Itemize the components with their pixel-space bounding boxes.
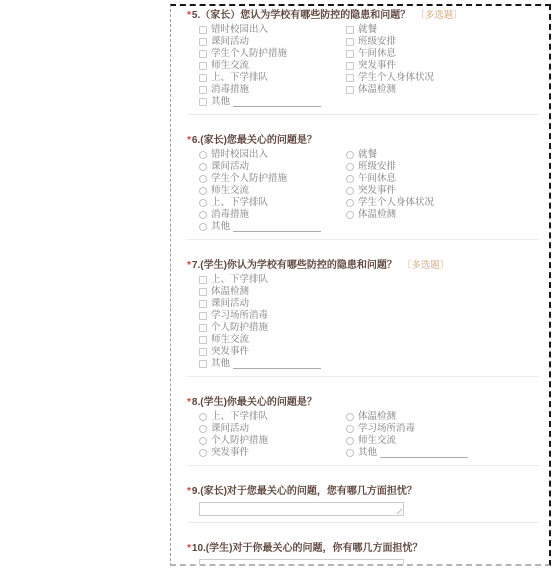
option-row[interactable]: 午间休息 [346, 173, 543, 185]
checkbox-icon[interactable] [199, 26, 207, 34]
option-label: 突发事件 [211, 346, 249, 358]
option-label: 体温检测 [358, 411, 396, 423]
answer-textarea[interactable] [199, 502, 404, 516]
radio-icon[interactable] [346, 163, 354, 171]
option-row[interactable]: 上、下学排队 [199, 197, 346, 209]
other-option-row[interactable]: 其他 [199, 221, 346, 233]
question-title: *10.(学生)对于你最关心的问题，你有哪几方面担忧？ [187, 543, 543, 555]
option-row[interactable]: 学生个人身体状况 [346, 197, 543, 209]
radio-icon[interactable] [346, 449, 354, 457]
other-input-line[interactable] [380, 448, 468, 458]
radio-icon[interactable] [346, 413, 354, 421]
option-row[interactable]: 个人防护措施 [199, 322, 543, 334]
option-label: 师生交流 [211, 334, 249, 346]
radio-icon[interactable] [199, 199, 207, 207]
checkbox-icon[interactable] [199, 74, 207, 82]
option-label: 师生交流 [211, 185, 249, 197]
other-input-line[interactable] [233, 359, 321, 369]
option-label: 上、下学排队 [211, 72, 268, 84]
question-title-text: 5.（家长）您认为学校有哪些防控的隐患和问题？ [192, 10, 410, 21]
option-row[interactable]: 师生交流 [199, 334, 543, 346]
option-label: 体温检测 [211, 286, 249, 298]
option-row[interactable]: 学生个人防护措施 [199, 48, 346, 60]
option-row[interactable]: 错时校园出入 [199, 24, 346, 36]
option-row[interactable]: 就餐 [346, 24, 543, 36]
option-label: 学生个人身体状况 [358, 72, 434, 84]
option-row[interactable]: 上、下学排队 [199, 274, 543, 286]
radio-icon[interactable] [346, 199, 354, 207]
option-row[interactable]: 体温检测 [346, 84, 543, 96]
checkbox-icon[interactable] [199, 324, 207, 332]
required-asterisk: * [187, 260, 191, 271]
option-label: 其他 [211, 96, 230, 108]
option-label: 错时校园出入 [211, 24, 268, 36]
radio-icon[interactable] [199, 425, 207, 433]
option-row[interactable]: 体温检测 [346, 209, 543, 221]
radio-icon[interactable] [199, 151, 207, 159]
checkbox-icon[interactable] [199, 360, 207, 368]
question-title: *5.（家长）您认为学校有哪些防控的隐患和问题？〔多选题〕 [187, 10, 543, 22]
checkbox-icon[interactable] [199, 300, 207, 308]
radio-icon[interactable] [346, 211, 354, 219]
option-label: 学生个人防护措施 [211, 48, 287, 60]
option-grid: 上、下学排队体温检测课间活动学习场所消毒个人防护措施师生交流突发事件其他 [199, 411, 543, 459]
survey-dashed-region: *5.（家长）您认为学校有哪些防控的隐患和问题？〔多选题〕错时校园出入就餐课间活… [170, 4, 551, 566]
question-separator [187, 239, 539, 240]
option-label: 就餐 [358, 24, 377, 36]
option-label: 就餐 [358, 149, 377, 161]
option-row[interactable]: 师生交流 [199, 185, 346, 197]
option-label: 班级安排 [358, 161, 396, 173]
option-label: 体温检测 [358, 84, 396, 96]
question-block: *9.(家长)对于您最关心的问题，您有哪几方面担忧？ [187, 486, 543, 523]
option-label: 课间活动 [211, 423, 249, 435]
question-separator [187, 465, 539, 466]
option-label: 其他 [211, 221, 230, 233]
radio-icon[interactable] [346, 187, 354, 195]
option-row[interactable]: 突发事件 [346, 185, 543, 197]
checkbox-icon[interactable] [346, 74, 354, 82]
option-row[interactable]: 消毒措施 [199, 209, 346, 221]
option-label: 突发事件 [358, 60, 396, 72]
option-row[interactable]: 师生交流 [346, 435, 543, 447]
option-label: 课间活动 [211, 298, 249, 310]
option-row[interactable]: 上、下学排队 [199, 411, 346, 423]
option-row[interactable]: 班级安排 [346, 161, 543, 173]
option-label: 课间活动 [211, 36, 249, 48]
option-label: 消毒措施 [211, 209, 249, 221]
checkbox-icon[interactable] [346, 86, 354, 94]
multi-select-tag: 〔多选题〕 [415, 10, 463, 21]
option-row[interactable]: 消毒措施 [199, 84, 346, 96]
option-cell-empty [346, 221, 543, 233]
required-asterisk: * [187, 135, 191, 146]
option-label: 午间休息 [358, 173, 396, 185]
checkbox-icon[interactable] [346, 62, 354, 70]
question-title-text: 8.(学生)你最关心的问题是？ [192, 397, 317, 408]
option-grid: 错时校园出入就餐课间活动班级安排学生个人防护措施午间休息师生交流突发事件上、下学… [199, 149, 543, 233]
other-input-line[interactable] [233, 222, 321, 232]
option-grid: 上、下学排队体温检测课间活动学习场所消毒个人防护措施师生交流突发事件其他 [199, 274, 543, 370]
option-label: 学习场所消毒 [211, 310, 268, 322]
option-row[interactable]: 课间活动 [199, 298, 543, 310]
question-title-text: 6.(家长)您最关心的问题是？ [192, 135, 317, 146]
question-list: *5.（家长）您认为学校有哪些防控的隐患和问题？〔多选题〕错时校园出入就餐课间活… [187, 10, 543, 566]
option-row[interactable]: 个人防护措施 [199, 435, 346, 447]
checkbox-icon[interactable] [199, 62, 207, 70]
checkbox-icon[interactable] [199, 276, 207, 284]
radio-icon[interactable] [346, 151, 354, 159]
radio-icon[interactable] [199, 211, 207, 219]
option-label: 学习场所消毒 [358, 423, 415, 435]
checkbox-icon[interactable] [346, 26, 354, 34]
option-row[interactable]: 就餐 [346, 149, 543, 161]
question-separator [187, 376, 539, 377]
option-label: 师生交流 [211, 60, 249, 72]
radio-icon[interactable] [199, 413, 207, 421]
other-option-row[interactable]: 其他 [346, 447, 543, 459]
checkbox-icon[interactable] [199, 86, 207, 94]
radio-icon[interactable] [346, 437, 354, 445]
option-row[interactable]: 突发事件 [199, 346, 543, 358]
question-block: *10.(学生)对于你最关心的问题，你有哪几方面担忧？ [187, 543, 543, 566]
required-asterisk: * [187, 543, 191, 554]
other-option-row[interactable]: 其他 [199, 358, 543, 370]
option-label: 个人防护措施 [211, 322, 268, 334]
option-row[interactable]: 学习场所消毒 [346, 423, 543, 435]
option-row[interactable]: 学生个人防护措施 [199, 173, 346, 185]
resize-handle-icon[interactable] [395, 564, 402, 566]
option-label: 其他 [358, 447, 377, 459]
answer-textarea[interactable] [199, 559, 404, 566]
checkbox-icon[interactable] [199, 348, 207, 356]
option-row[interactable]: 学生个人身体状况 [346, 72, 543, 84]
radio-icon[interactable] [199, 187, 207, 195]
other-input-line[interactable] [233, 97, 321, 107]
option-label: 学生个人身体状况 [358, 197, 434, 209]
option-row[interactable]: 突发事件 [199, 447, 346, 459]
option-cell-empty [346, 96, 543, 108]
option-label: 班级安排 [358, 36, 396, 48]
option-label: 午间休息 [358, 48, 396, 60]
option-label: 上、下学排队 [211, 197, 268, 209]
radio-icon[interactable] [199, 437, 207, 445]
question-block: *7.(学生)你认为学校有哪些防控的隐患和问题？〔多选题〕上、下学排队体温检测课… [187, 260, 543, 377]
required-asterisk: * [187, 486, 191, 497]
option-row[interactable]: 错时校园出入 [199, 149, 346, 161]
question-title: *9.(家长)对于您最关心的问题，您有哪几方面担忧？ [187, 486, 543, 498]
option-label: 学生个人防护措施 [211, 173, 287, 185]
question-title: *8.(学生)你最关心的问题是？ [187, 397, 543, 409]
resize-handle-icon[interactable] [395, 507, 402, 514]
option-label: 体温检测 [358, 209, 396, 221]
checkbox-icon[interactable] [199, 38, 207, 46]
radio-icon[interactable] [346, 175, 354, 183]
option-row[interactable]: 班级安排 [346, 36, 543, 48]
option-row[interactable]: 上、下学排队 [199, 72, 346, 84]
radio-icon[interactable] [346, 425, 354, 433]
checkbox-icon[interactable] [199, 312, 207, 320]
question-block: *8.(学生)你最关心的问题是？上、下学排队体温检测课间活动学习场所消毒个人防护… [187, 397, 543, 466]
checkbox-icon[interactable] [199, 288, 207, 296]
checkbox-icon[interactable] [346, 38, 354, 46]
option-label: 错时校园出入 [211, 149, 268, 161]
option-label: 师生交流 [358, 435, 396, 447]
checkbox-icon[interactable] [346, 50, 354, 58]
radio-icon[interactable] [199, 163, 207, 171]
option-row[interactable]: 学习场所消毒 [199, 310, 543, 322]
question-block: *5.（家长）您认为学校有哪些防控的隐患和问题？〔多选题〕错时校园出入就餐课间活… [187, 10, 543, 115]
question-separator [187, 114, 539, 115]
option-row[interactable]: 课间活动 [199, 36, 346, 48]
option-label: 突发事件 [358, 185, 396, 197]
multi-select-tag: 〔多选题〕 [402, 260, 450, 271]
option-row[interactable]: 午间休息 [346, 48, 543, 60]
question-title-text: 9.(家长)对于您最关心的问题，您有哪几方面担忧？ [192, 486, 417, 497]
question-title: *6.(家长)您最关心的问题是？ [187, 135, 543, 147]
option-row[interactable]: 课间活动 [199, 161, 346, 173]
option-label: 消毒措施 [211, 84, 249, 96]
question-separator [187, 522, 539, 523]
option-row[interactable]: 突发事件 [346, 60, 543, 72]
required-asterisk: * [187, 10, 191, 21]
option-label: 突发事件 [211, 447, 249, 459]
option-label: 个人防护措施 [211, 435, 268, 447]
radio-icon[interactable] [199, 223, 207, 231]
checkbox-icon[interactable] [199, 336, 207, 344]
question-title: *7.(学生)你认为学校有哪些防控的隐患和问题？〔多选题〕 [187, 260, 543, 272]
option-row[interactable]: 师生交流 [199, 60, 346, 72]
required-asterisk: * [187, 397, 191, 408]
option-label: 其他 [211, 358, 230, 370]
question-title-text: 7.(学生)你认为学校有哪些防控的隐患和问题？ [192, 260, 397, 271]
radio-icon[interactable] [199, 449, 207, 457]
option-label: 上、下学排队 [211, 411, 268, 423]
option-grid: 错时校园出入就餐课间活动班级安排学生个人防护措施午间休息师生交流突发事件上、下学… [199, 24, 543, 108]
option-label: 上、下学排队 [211, 274, 268, 286]
question-block: *6.(家长)您最关心的问题是？错时校园出入就餐课间活动班级安排学生个人防护措施… [187, 135, 543, 240]
question-title-text: 10.(学生)对于你最关心的问题，你有哪几方面担忧？ [192, 543, 423, 554]
option-label: 课间活动 [211, 161, 249, 173]
radio-icon[interactable] [199, 175, 207, 183]
option-row[interactable]: 体温检测 [346, 411, 543, 423]
checkbox-icon[interactable] [199, 98, 207, 106]
checkbox-icon[interactable] [199, 50, 207, 58]
option-row[interactable]: 体温检测 [199, 286, 543, 298]
option-row[interactable]: 课间活动 [199, 423, 346, 435]
other-option-row[interactable]: 其他 [199, 96, 346, 108]
